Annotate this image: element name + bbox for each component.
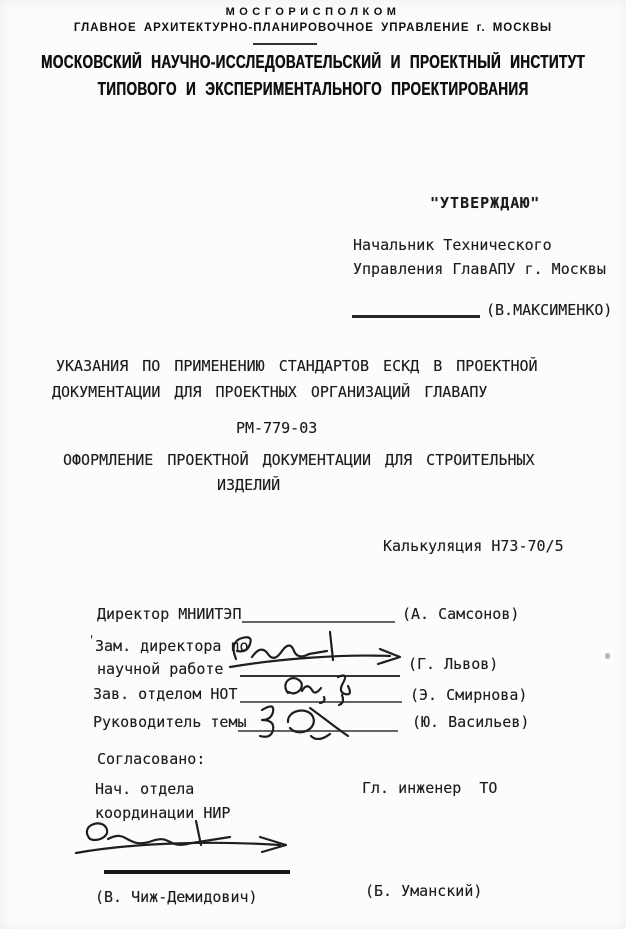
agreement-left-role-line1: Нач. отдела: [95, 780, 194, 798]
agreement-right-name: (Б. Уманский): [365, 882, 482, 900]
department-underline: [253, 43, 317, 45]
scan-speck: [605, 653, 610, 659]
doc-title-line2: ДОКУМЕНТАЦИИ ДЛЯ ПРОЕКТНЫХ ОРГАНИЗАЦИЙ Г…: [52, 383, 487, 401]
signature-role-deputy-line2: научной работе: [97, 660, 223, 678]
agreement-label: Согласовано:: [97, 750, 205, 768]
doc-number: РМ-779-03: [236, 419, 317, 437]
signature-scribble-vasilev: [250, 700, 372, 740]
signature-scribble-lvov: [222, 627, 418, 673]
signature-name-director: (А. Самсонов): [402, 605, 519, 623]
document-page: МОСГОРИСПОЛКОМ ГЛАВНОЕ АРХИТЕКТУРНО-ПЛАН…: [0, 0, 626, 929]
signature-role-director: Директор МНИИТЭП: [97, 605, 242, 623]
doc-subtitle-line1: ОФОРМЛЕНИЕ ПРОЕКТНОЙ ДОКУМЕНТАЦИИ ДЛЯ СТ…: [63, 451, 535, 469]
doc-subtitle-line2: ИЗДЕЛИЙ: [217, 476, 280, 494]
signature-name-vasilev: (Ю. Васильев): [412, 713, 529, 731]
doc-title-line1: УКАЗАНИЯ ПО ПРИМЕНЕНИЮ СТАНДАРТОВ ЕСКД В…: [56, 357, 538, 375]
approver-signature-line: [352, 315, 480, 318]
signature-role-not: Зав. отделом НОТ: [93, 685, 238, 703]
signature-name-smirnova: (Э. Смирнова): [410, 686, 527, 704]
letterhead-committee: МОСГОРИСПОЛКОМ: [0, 6, 626, 18]
approver-title-line2: Управления ГлавАПУ г. Москвы: [353, 260, 606, 278]
agreement-right-role: Гл. инженер ТО: [362, 779, 497, 797]
calculation-ref: Калькуляция Н73-70/5: [383, 537, 564, 555]
institute-name-line1: МОСКОВСКИЙ НАУЧНО-ИССЛЕДОВАТЕЛЬСКИЙ И ПР…: [0, 52, 626, 72]
institute-name-line2: ТИПОВОГО И ЭКСПЕРИМЕНТАЛЬНОГО ПРОЕКТИРОВ…: [0, 79, 626, 99]
letterhead-department: ГЛАВНОЕ АРХИТЕКТУРНО-ПЛАНИРОВОЧНОЕ УПРАВ…: [0, 22, 626, 34]
signature-line-director: [242, 621, 395, 623]
agreement-left-signature-line: [104, 870, 290, 874]
approver-title-line1: Начальник Технического: [353, 236, 552, 254]
signature-name-lvov: (Г. Львов): [408, 655, 498, 673]
agreement-left-name: (В. Чиж-Демидович): [95, 888, 258, 906]
signature-role-lead: Руководитель темы: [93, 713, 247, 731]
approval-stamp: "УТВЕРЖДАЮ": [430, 194, 540, 212]
signature-scribble-chizh: [68, 817, 300, 871]
approver-name: (В.МАКСИМЕНКО): [486, 301, 612, 319]
